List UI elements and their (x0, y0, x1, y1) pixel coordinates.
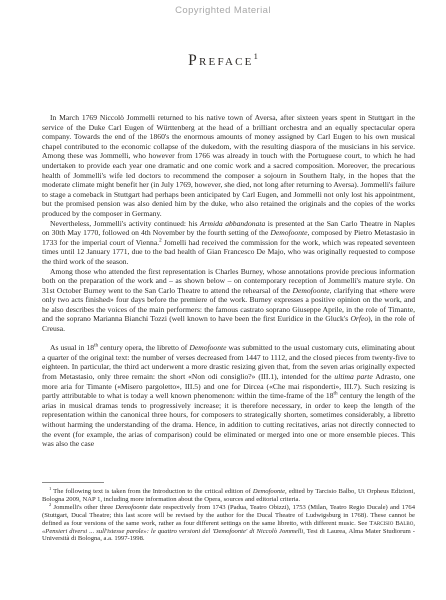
paragraph: Nevertheless, Jommelli's activity contin… (42, 219, 415, 267)
body-text: In March 1769 Niccolò Jommelli returned … (42, 113, 415, 480)
footnote: 1 The following text is taken from the I… (42, 488, 415, 504)
text-segment: Tarcisio Balbo (369, 520, 413, 527)
text-segment: Demofoonte (293, 286, 330, 295)
text-segment: Demofoonte (253, 488, 285, 495)
text-segment: Nevertheless, Jommelli's activity contin… (50, 219, 200, 228)
text-segment: century opera, the libretto of (98, 343, 189, 352)
text-segment: Demofoonte (270, 228, 307, 237)
footnote: 2 Jommelli's other three Demofoonte date… (42, 504, 415, 544)
text-segment: The following text is taken from the Int… (51, 488, 253, 495)
text-segment: In March 1769 Niccolò Jommelli returned … (42, 113, 415, 218)
text-segment: , (413, 520, 415, 527)
page-title-text: Preface (188, 52, 253, 69)
footnote-separator (42, 482, 104, 483)
text-segment: Demofoonte (115, 504, 147, 511)
book-page: Copyrighted Material Preface1 In March 1… (0, 0, 446, 600)
title-footnote-ref: 1 (254, 51, 258, 61)
footnotes: 1 The following text is taken from the I… (42, 488, 415, 543)
text-segment: Demofoonte (189, 343, 226, 352)
text-segment: Orfeo (350, 314, 368, 323)
paragraph: As usual in 18th century opera, the libr… (42, 343, 415, 449)
text-segment: ultima parte (334, 372, 372, 381)
paragraph: In March 1769 Niccolò Jommelli returned … (42, 113, 415, 219)
text-segment: Armida abbandonata (200, 219, 265, 228)
paragraph: Among those who attended the first repre… (42, 267, 415, 334)
text-segment: Jommelli's other three (51, 504, 115, 511)
text-segment: «Pensieri diversi ... sull'istesse parol… (42, 528, 303, 535)
copyright-watermark: Copyrighted Material (0, 5, 446, 16)
page-title: Preface1 (0, 52, 446, 70)
text-segment: As usual in 18 (50, 343, 94, 352)
